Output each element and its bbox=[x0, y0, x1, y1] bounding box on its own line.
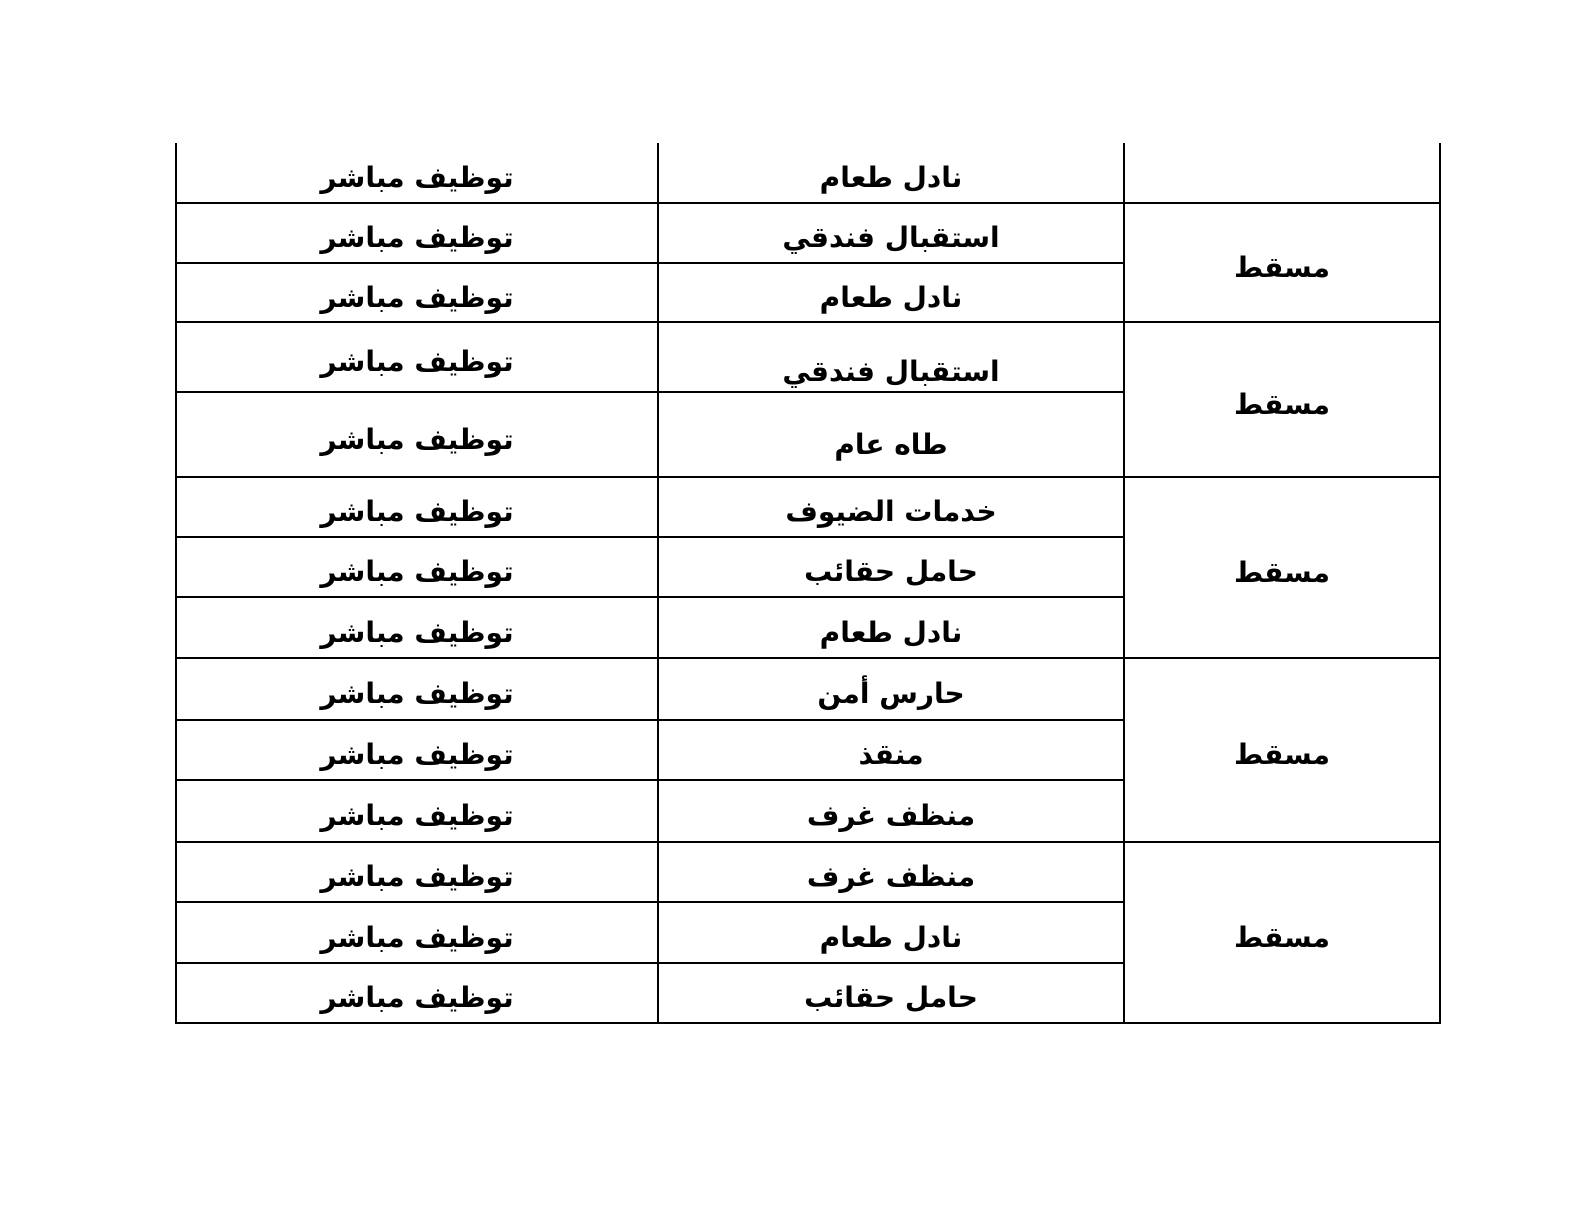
job-title-cell: خدمات الضيوف bbox=[658, 477, 1124, 537]
document-page: نادل طعامتوظيف مباشرمسقطاستقبال فندقيتوظ… bbox=[0, 0, 1584, 1224]
recruitment-table: نادل طعامتوظيف مباشرمسقطاستقبال فندقيتوظ… bbox=[175, 143, 1441, 1024]
city-cell: مسقط bbox=[1124, 203, 1440, 322]
recruitment-type-cell: توظيف مباشر bbox=[176, 537, 658, 597]
recruitment-type-cell: توظيف مباشر bbox=[176, 658, 658, 720]
recruitment-type-cell: توظيف مباشر bbox=[176, 780, 658, 842]
job-title-cell: استقبال فندقي bbox=[658, 203, 1124, 263]
job-title-cell: حارس أمن bbox=[658, 658, 1124, 720]
city-cell: مسقط bbox=[1124, 842, 1440, 1023]
city-cell bbox=[1124, 143, 1440, 203]
job-title-cell: نادل طعام bbox=[658, 263, 1124, 322]
table-row: مسقطحارس أمنتوظيف مباشر bbox=[176, 658, 1440, 720]
job-title-cell: نادل طعام bbox=[658, 597, 1124, 658]
recruitment-type-cell: توظيف مباشر bbox=[176, 477, 658, 537]
job-title-cell: منظف غرف bbox=[658, 842, 1124, 902]
recruitment-type-cell: توظيف مباشر bbox=[176, 392, 658, 477]
job-title-cell: استقبال فندقي bbox=[658, 322, 1124, 392]
recruitment-type-cell: توظيف مباشر bbox=[176, 902, 658, 963]
table-row: مسقطاستقبال فندقيتوظيف مباشر bbox=[176, 203, 1440, 263]
recruitment-type-cell: توظيف مباشر bbox=[176, 842, 658, 902]
table-row: مسقطاستقبال فندقيتوظيف مباشر bbox=[176, 322, 1440, 392]
recruitment-type-cell: توظيف مباشر bbox=[176, 963, 658, 1023]
job-title-cell: نادل طعام bbox=[658, 902, 1124, 963]
job-title-cell: منظف غرف bbox=[658, 780, 1124, 842]
city-cell: مسقط bbox=[1124, 477, 1440, 658]
table-row: نادل طعامتوظيف مباشر bbox=[176, 143, 1440, 203]
recruitment-type-cell: توظيف مباشر bbox=[176, 143, 658, 203]
job-title-cell: طاه عام bbox=[658, 392, 1124, 477]
recruitment-type-cell: توظيف مباشر bbox=[176, 263, 658, 322]
recruitment-type-cell: توظيف مباشر bbox=[176, 203, 658, 263]
recruitment-type-cell: توظيف مباشر bbox=[176, 322, 658, 392]
city-cell: مسقط bbox=[1124, 322, 1440, 477]
recruitment-type-cell: توظيف مباشر bbox=[176, 720, 658, 780]
job-title-cell: منقذ bbox=[658, 720, 1124, 780]
recruitment-type-cell: توظيف مباشر bbox=[176, 597, 658, 658]
table-row: مسقطخدمات الضيوفتوظيف مباشر bbox=[176, 477, 1440, 537]
table-row: مسقطمنظف غرفتوظيف مباشر bbox=[176, 842, 1440, 902]
city-cell: مسقط bbox=[1124, 658, 1440, 842]
job-title-cell: حامل حقائب bbox=[658, 963, 1124, 1023]
job-title-cell: نادل طعام bbox=[658, 143, 1124, 203]
recruitment-table-body: نادل طعامتوظيف مباشرمسقطاستقبال فندقيتوظ… bbox=[176, 143, 1440, 1023]
job-title-cell: حامل حقائب bbox=[658, 537, 1124, 597]
